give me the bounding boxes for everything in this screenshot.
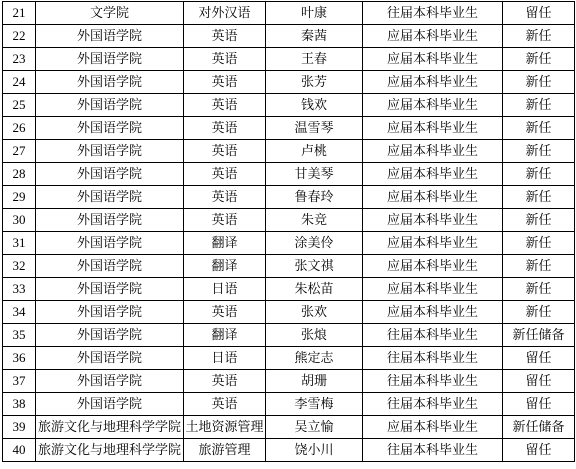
cell-name: 鲁春玲 <box>266 186 363 209</box>
cell-grad: 往届本科毕业生 <box>363 439 503 462</box>
table-row: 39旅游文化与地理科学学院土地资源管理吴立愉应届本科毕业生新任储备 <box>3 416 575 439</box>
cell-status: 新任储备 <box>503 324 575 347</box>
cell-grad: 应届本科毕业生 <box>363 232 503 255</box>
cell-college: 外国语学院 <box>36 94 184 117</box>
cell-college: 外国语学院 <box>36 232 184 255</box>
cell-college: 外国语学院 <box>36 255 184 278</box>
cell-college: 外国语学院 <box>36 209 184 232</box>
cell-major: 英语 <box>184 94 266 117</box>
cell-college: 外国语学院 <box>36 117 184 140</box>
cell-college: 外国语学院 <box>36 278 184 301</box>
table-row: 30外国语学院英语朱竞应届本科毕业生新任 <box>3 209 575 232</box>
cell-name: 卢桃 <box>266 140 363 163</box>
table-row: 37外国语学院英语胡珊往届本科毕业生留任 <box>3 370 575 393</box>
cell-no: 40 <box>3 439 36 462</box>
cell-no: 38 <box>3 393 36 416</box>
cell-major: 土地资源管理 <box>184 416 266 439</box>
cell-grad: 应届本科毕业生 <box>363 278 503 301</box>
cell-grad: 应届本科毕业生 <box>363 94 503 117</box>
cell-status: 留任 <box>503 347 575 370</box>
cell-name: 甘美琴 <box>266 163 363 186</box>
cell-grad: 应届本科毕业生 <box>363 163 503 186</box>
table-row: 33外国语学院日语朱松苗应届本科毕业生新任 <box>3 278 575 301</box>
cell-status: 新任 <box>503 232 575 255</box>
table-row: 25外国语学院英语钱欢应届本科毕业生新任 <box>3 94 575 117</box>
cell-major: 英语 <box>184 370 266 393</box>
table-row: 29外国语学院英语鲁春玲应届本科毕业生新任 <box>3 186 575 209</box>
cell-grad: 往届本科毕业生 <box>363 393 503 416</box>
cell-no: 30 <box>3 209 36 232</box>
cell-name: 张烺 <box>266 324 363 347</box>
cell-name: 朱竞 <box>266 209 363 232</box>
roster-table-container: 21文学院对外汉语叶康往届本科毕业生留任22外国语学院英语秦茜应届本科毕业生新任… <box>0 0 576 462</box>
table-row: 34外国语学院英语张欢应届本科毕业生新任 <box>3 301 575 324</box>
table-row: 21文学院对外汉语叶康往届本科毕业生留任 <box>3 2 575 25</box>
cell-college: 外国语学院 <box>36 347 184 370</box>
cell-status: 留任 <box>503 439 575 462</box>
cell-status: 留任 <box>503 370 575 393</box>
cell-status: 新任 <box>503 301 575 324</box>
cell-status: 新任 <box>503 94 575 117</box>
cell-name: 吴立愉 <box>266 416 363 439</box>
table-row: 27外国语学院英语卢桃应届本科毕业生新任 <box>3 140 575 163</box>
cell-status: 新任 <box>503 140 575 163</box>
cell-status: 新任 <box>503 186 575 209</box>
table-row: 35外国语学院翻译张烺往届本科毕业生新任储备 <box>3 324 575 347</box>
cell-status: 新任 <box>503 163 575 186</box>
cell-major: 英语 <box>184 209 266 232</box>
cell-status: 新任 <box>503 48 575 71</box>
cell-grad: 往届本科毕业生 <box>363 2 503 25</box>
cell-no: 37 <box>3 370 36 393</box>
table-row: 38外国语学院英语李雪梅往届本科毕业生留任 <box>3 393 575 416</box>
table-row: 26外国语学院英语温雪琴应届本科毕业生新任 <box>3 117 575 140</box>
cell-name: 张欢 <box>266 301 363 324</box>
cell-name: 温雪琴 <box>266 117 363 140</box>
cell-status: 新任 <box>503 117 575 140</box>
cell-no: 34 <box>3 301 36 324</box>
cell-status: 新任 <box>503 71 575 94</box>
cell-grad: 应届本科毕业生 <box>363 416 503 439</box>
cell-no: 21 <box>3 2 36 25</box>
cell-major: 翻译 <box>184 232 266 255</box>
cell-major: 旅游管理 <box>184 439 266 462</box>
cell-grad: 应届本科毕业生 <box>363 117 503 140</box>
roster-table: 21文学院对外汉语叶康往届本科毕业生留任22外国语学院英语秦茜应届本科毕业生新任… <box>2 1 575 462</box>
cell-major: 英语 <box>184 393 266 416</box>
cell-name: 王春 <box>266 48 363 71</box>
cell-major: 英语 <box>184 186 266 209</box>
cell-major: 英语 <box>184 117 266 140</box>
table-row: 24外国语学院英语张芳应届本科毕业生新任 <box>3 71 575 94</box>
cell-major: 翻译 <box>184 255 266 278</box>
table-row: 40旅游文化与地理科学学院旅游管理饶小川往届本科毕业生留任 <box>3 439 575 462</box>
cell-no: 25 <box>3 94 36 117</box>
cell-grad: 往届本科毕业生 <box>363 324 503 347</box>
cell-grad: 应届本科毕业生 <box>363 71 503 94</box>
cell-grad: 应届本科毕业生 <box>363 301 503 324</box>
cell-college: 外国语学院 <box>36 48 184 71</box>
cell-major: 英语 <box>184 71 266 94</box>
cell-name: 叶康 <box>266 2 363 25</box>
cell-grad: 应届本科毕业生 <box>363 255 503 278</box>
cell-no: 33 <box>3 278 36 301</box>
table-row: 31外国语学院翻译涂美伶应届本科毕业生新任 <box>3 232 575 255</box>
cell-no: 26 <box>3 117 36 140</box>
cell-college: 旅游文化与地理科学学院 <box>36 416 184 439</box>
cell-status: 留任 <box>503 393 575 416</box>
cell-major: 对外汉语 <box>184 2 266 25</box>
cell-college: 文学院 <box>36 2 184 25</box>
cell-major: 日语 <box>184 278 266 301</box>
cell-no: 29 <box>3 186 36 209</box>
cell-no: 23 <box>3 48 36 71</box>
cell-grad: 往届本科毕业生 <box>363 347 503 370</box>
cell-status: 留任 <box>503 2 575 25</box>
cell-name: 饶小川 <box>266 439 363 462</box>
cell-status: 新任储备 <box>503 416 575 439</box>
cell-grad: 应届本科毕业生 <box>363 209 503 232</box>
cell-name: 涂美伶 <box>266 232 363 255</box>
cell-college: 外国语学院 <box>36 370 184 393</box>
cell-no: 39 <box>3 416 36 439</box>
cell-major: 日语 <box>184 347 266 370</box>
cell-name: 胡珊 <box>266 370 363 393</box>
table-body: 21文学院对外汉语叶康往届本科毕业生留任22外国语学院英语秦茜应届本科毕业生新任… <box>3 2 575 462</box>
cell-grad: 应届本科毕业生 <box>363 186 503 209</box>
table-row: 36外国语学院日语熊定志往届本科毕业生留任 <box>3 347 575 370</box>
cell-major: 英语 <box>184 301 266 324</box>
table-row: 28外国语学院英语甘美琴应届本科毕业生新任 <box>3 163 575 186</box>
cell-no: 32 <box>3 255 36 278</box>
cell-status: 新任 <box>503 255 575 278</box>
table-row: 32外国语学院翻译张文祺应届本科毕业生新任 <box>3 255 575 278</box>
cell-grad: 应届本科毕业生 <box>363 48 503 71</box>
cell-college: 外国语学院 <box>36 186 184 209</box>
cell-college: 外国语学院 <box>36 301 184 324</box>
table-row: 22外国语学院英语秦茜应届本科毕业生新任 <box>3 25 575 48</box>
table-row: 23外国语学院英语王春应届本科毕业生新任 <box>3 48 575 71</box>
cell-major: 英语 <box>184 163 266 186</box>
cell-status: 新任 <box>503 25 575 48</box>
cell-no: 24 <box>3 71 36 94</box>
cell-status: 新任 <box>503 278 575 301</box>
cell-grad: 应届本科毕业生 <box>363 140 503 163</box>
cell-name: 熊定志 <box>266 347 363 370</box>
cell-name: 秦茜 <box>266 25 363 48</box>
cell-status: 新任 <box>503 209 575 232</box>
cell-college: 外国语学院 <box>36 140 184 163</box>
cell-no: 35 <box>3 324 36 347</box>
cell-no: 36 <box>3 347 36 370</box>
cell-college: 外国语学院 <box>36 25 184 48</box>
cell-major: 英语 <box>184 48 266 71</box>
cell-college: 外国语学院 <box>36 71 184 94</box>
cell-college: 旅游文化与地理科学学院 <box>36 439 184 462</box>
cell-name: 张芳 <box>266 71 363 94</box>
cell-no: 27 <box>3 140 36 163</box>
cell-college: 外国语学院 <box>36 163 184 186</box>
cell-grad: 应届本科毕业生 <box>363 25 503 48</box>
cell-name: 钱欢 <box>266 94 363 117</box>
cell-college: 外国语学院 <box>36 324 184 347</box>
cell-major: 英语 <box>184 25 266 48</box>
cell-name: 张文祺 <box>266 255 363 278</box>
cell-grad: 往届本科毕业生 <box>363 370 503 393</box>
cell-name: 朱松苗 <box>266 278 363 301</box>
cell-major: 英语 <box>184 140 266 163</box>
cell-no: 31 <box>3 232 36 255</box>
cell-major: 翻译 <box>184 324 266 347</box>
cell-no: 22 <box>3 25 36 48</box>
cell-no: 28 <box>3 163 36 186</box>
cell-name: 李雪梅 <box>266 393 363 416</box>
cell-college: 外国语学院 <box>36 393 184 416</box>
